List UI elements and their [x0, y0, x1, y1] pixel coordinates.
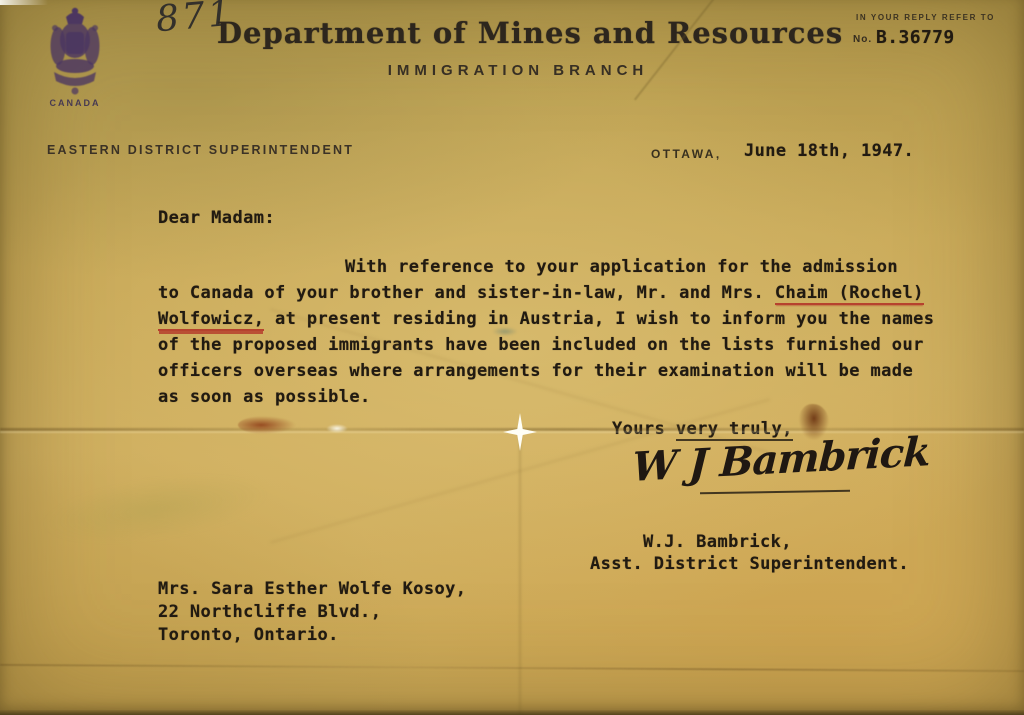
body-line-2: to Canada of your brother and sister-in-… [158, 280, 988, 306]
salutation: Dear Madam: [158, 208, 275, 228]
ink-smudge [492, 327, 518, 336]
signer-name: W.J. Bambrick, [643, 532, 792, 552]
crest-caption: CANADA [45, 98, 105, 108]
paper-edge-sliver [0, 0, 48, 5]
department-title: Department of Mines and Resources [217, 16, 843, 50]
date-line: June 18th, 1947. [744, 141, 914, 161]
file-reference-number: B.36779 [876, 27, 955, 48]
signer-title: Asst. District Superintendent. [590, 554, 909, 574]
paper-bottom-edge-shadow [0, 710, 1024, 715]
lower-fold-crease [0, 664, 1024, 672]
red-underlined-surname: Wolfowicz, [158, 309, 264, 331]
body-line-3: Wolfowicz, at present residing in Austri… [158, 306, 988, 332]
vertical-crease [519, 430, 521, 715]
branch-subtitle: IMMIGRATION BRANCH [388, 62, 649, 79]
reply-refer-no-label: No. [853, 34, 872, 45]
red-underlined-name: Chaim (Rochel) [775, 283, 924, 305]
rust-stain-left [238, 416, 296, 434]
sender-office: EASTERN DISTRICT SUPERINTENDENT [47, 143, 354, 157]
body-line-5: officers overseas where arrangements for… [158, 358, 988, 384]
canada-coat-of-arms-icon [45, 6, 105, 98]
body-line-4: of the proposed immigrants have been inc… [158, 332, 988, 358]
recipient-city: Toronto, Ontario. [158, 624, 466, 647]
brown-stain-near-closing [799, 404, 829, 440]
letter-body: With reference to your application for t… [158, 254, 988, 410]
ink-showthrough [37, 462, 273, 555]
signature-underline [700, 490, 850, 495]
letter-document: CANADA 871 Department of Mines and Resou… [0, 0, 1024, 715]
recipient-street: 22 Northcliffe Blvd., [158, 601, 466, 624]
place-label: OTTAWA, [651, 147, 722, 161]
paper-wear-speck [326, 424, 348, 433]
recipient-name: Mrs. Sara Esther Wolfe Kosoy, [158, 578, 466, 601]
body-line-1: With reference to your application for t… [158, 254, 988, 280]
pinhole-light-sparkle [503, 413, 537, 451]
reply-refer-caption: IN YOUR REPLY REFER TO [856, 13, 995, 22]
recipient-address: Mrs. Sara Esther Wolfe Kosoy, 22 Northcl… [158, 578, 466, 647]
